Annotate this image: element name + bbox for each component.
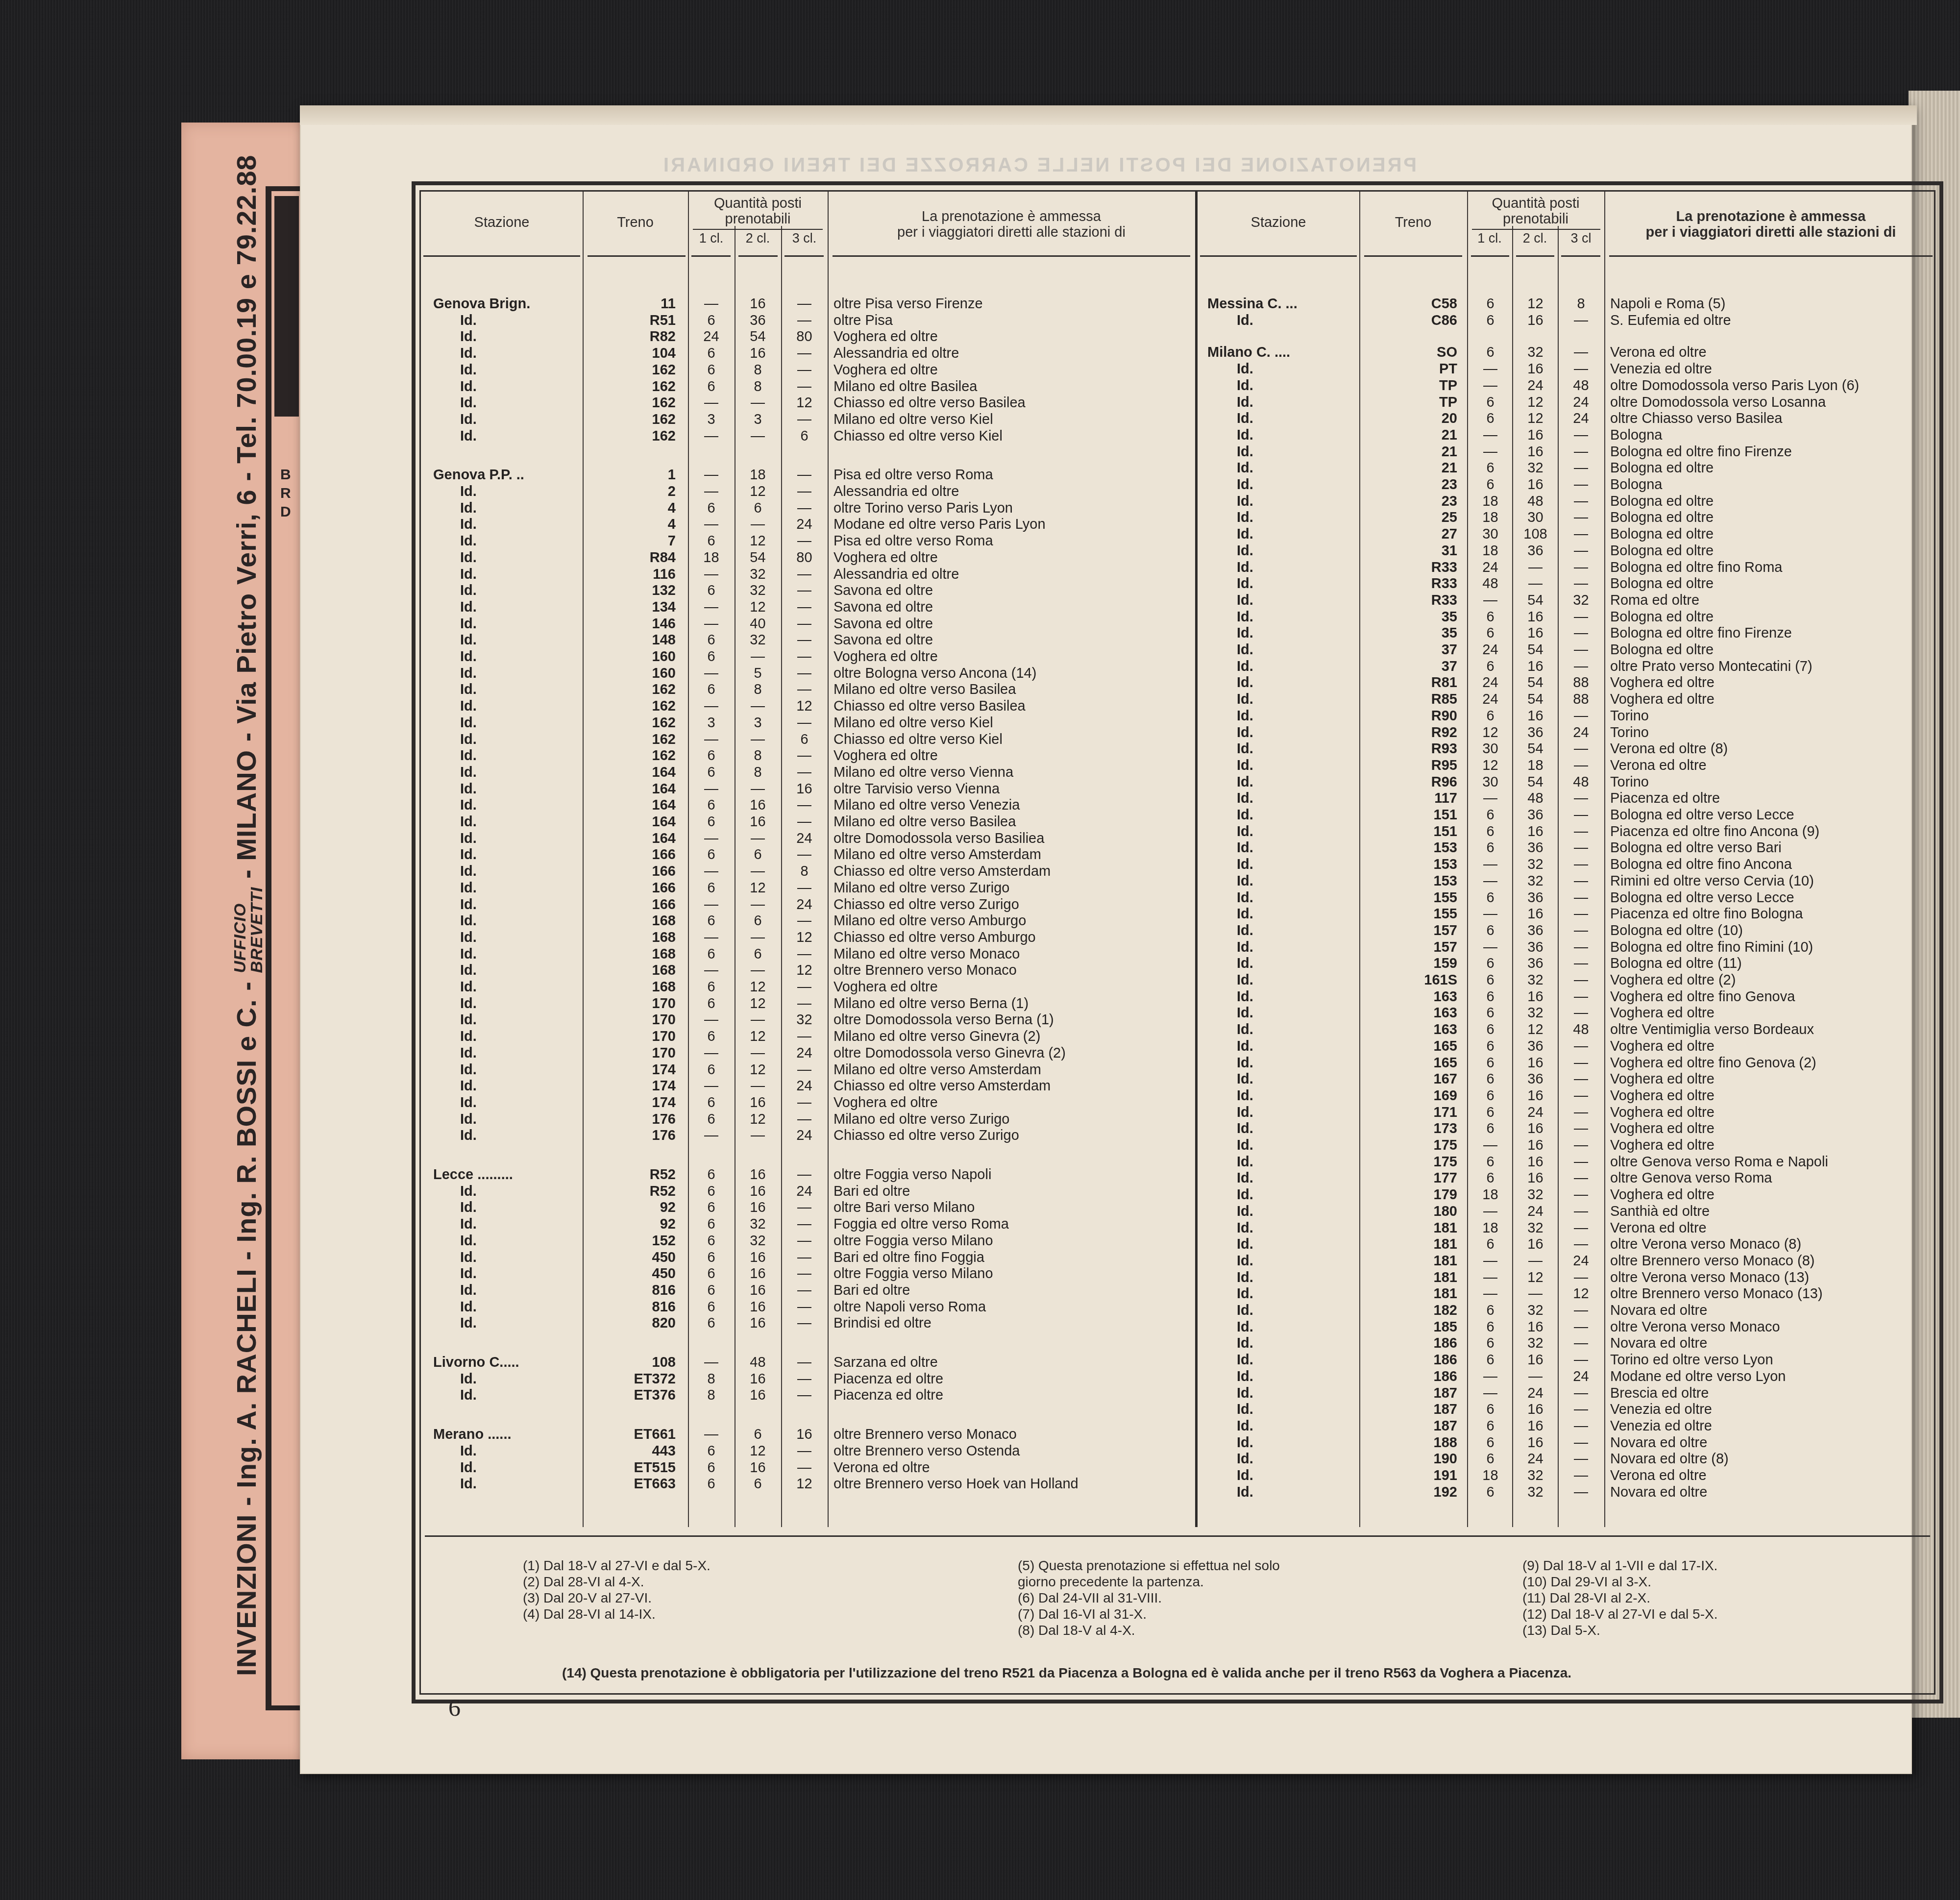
cell-c3: 12	[781, 929, 828, 946]
cell-c2: 12	[735, 1061, 781, 1078]
cell-train: 160	[588, 665, 676, 682]
table-row: Id.146—40—Savona ed oltre	[421, 616, 1195, 632]
table-row: Id.37616—oltre Prato verso Montecatini (…	[1198, 658, 1937, 675]
cell-station: Id.	[1237, 312, 1253, 329]
cell-c3: —	[1558, 609, 1604, 625]
cell-c3: —	[781, 1443, 828, 1459]
cell-dest: Verona ed oltre	[1610, 1467, 1707, 1484]
cell-dest: Milano ed oltre verso Kiel	[833, 715, 993, 731]
cell-c2: 16	[735, 1387, 781, 1404]
cell-train: 146	[588, 616, 676, 632]
table-row: Id.155636—Bologna ed oltre verso Lecce	[1198, 889, 1937, 906]
cell-dest: Piacenza ed oltre	[1610, 790, 1720, 807]
cell-station: Id.	[460, 1078, 477, 1094]
cell-c1: 6	[1467, 658, 1514, 675]
table-row: Id.231848—Bologna ed oltre	[1198, 493, 1937, 510]
cell-c3: —	[781, 1282, 828, 1299]
cell-c3: —	[1558, 642, 1604, 658]
cell-station: Id.	[1237, 1285, 1253, 1302]
cell-train: 21	[1364, 460, 1457, 476]
cell-station: Id.	[1237, 1368, 1253, 1385]
cell-c3: —	[781, 632, 828, 648]
cell-train: 173	[1364, 1120, 1457, 1137]
header-destination: La prenotazione è ammessaper i viaggiato…	[828, 209, 1195, 240]
cell-train: 117	[1364, 790, 1457, 807]
cell-dest: Torino ed oltre verso Lyon	[1610, 1352, 1773, 1368]
cell-c1: —	[1467, 906, 1514, 922]
cell-dest: oltre Foggia verso Milano	[833, 1233, 993, 1249]
cell-station: Id.	[460, 312, 477, 329]
cell-c1: 6	[1467, 625, 1514, 642]
cell-c3: —	[781, 747, 828, 764]
table-row: Id.162——6Chiasso ed oltre verso Kiel	[421, 428, 1195, 444]
cell-dest: oltre Brennero verso Ostenda	[833, 1443, 1020, 1459]
cell-dest: Chiasso ed oltre verso Zurigo	[833, 1127, 1019, 1144]
cell-c2: 30	[1512, 509, 1559, 526]
cell-c3: —	[781, 913, 828, 929]
table-header-right: Stazione Treno Quantità postiprenotabili…	[1198, 192, 1937, 260]
cell-c1: 6	[688, 500, 735, 517]
table-row: Id.450616—Bari ed oltre fino Foggia	[421, 1249, 1195, 1266]
table-row: Id.16268—Milano ed oltre Basilea	[421, 378, 1195, 395]
cell-dest: Voghera ed oltre	[1610, 1186, 1715, 1203]
cell-train: 190	[1364, 1451, 1457, 1467]
cell-c3: 24	[781, 516, 828, 533]
cell-station: Id.	[1237, 674, 1253, 691]
cell-dest: oltre Genova verso Roma	[1610, 1170, 1772, 1186]
cell-c2: 16	[1512, 476, 1559, 493]
footnote-line: (10) Dal 29-VI al 3-X.	[1522, 1574, 1717, 1590]
cell-station: Id.	[460, 1045, 477, 1061]
cell-train: 186	[1364, 1335, 1457, 1352]
cell-station: Id.	[460, 395, 477, 411]
table-row: Id.820616—Brindisi ed oltre	[421, 1315, 1195, 1332]
cell-train: 181	[1364, 1220, 1457, 1236]
table-row: Id.148632—Savona ed oltre	[421, 632, 1195, 648]
cell-train: R82	[588, 328, 676, 345]
cell-c1: —	[688, 1012, 735, 1028]
cell-c1: —	[1467, 856, 1514, 873]
table-row: Id.2061224oltre Chiasso verso Basilea	[1198, 410, 1937, 427]
cell-c3: 48	[1558, 377, 1604, 394]
cell-c3: —	[1558, 344, 1604, 361]
cell-c3: —	[781, 1061, 828, 1078]
table-row: Id.16361248oltre Ventimiglia verso Borde…	[1198, 1021, 1937, 1038]
cell-c2: 12	[735, 1443, 781, 1459]
table-row: Id.1791832—Voghera ed oltre	[1198, 1186, 1937, 1203]
cell-c1: 6	[688, 681, 735, 698]
cell-train: 450	[588, 1249, 676, 1266]
cell-train: R95	[1364, 757, 1457, 774]
cell-c3: —	[1558, 476, 1604, 493]
cell-c2: 54	[735, 549, 781, 566]
cell-station: Id.	[1237, 642, 1253, 658]
cell-train: 160	[588, 648, 676, 665]
table-header: Stazione Treno Quantità postiprenotabili…	[421, 192, 1195, 260]
cell-c2: 16	[1512, 444, 1559, 460]
cell-train: 187	[1364, 1418, 1457, 1434]
cell-dest: Bologna ed oltre verso Lecce	[1610, 889, 1794, 906]
footnote-line: (13) Dal 5-X.	[1522, 1622, 1717, 1638]
cell-c2: 36	[1512, 543, 1559, 559]
cell-station: Id.	[1237, 1154, 1253, 1170]
cell-dest: Chiasso ed oltre verso Amburgo	[833, 929, 1036, 946]
cell-dest: Voghera ed oltre	[1610, 674, 1715, 691]
cell-station: Id.	[1237, 1484, 1253, 1501]
cell-train: 188	[1364, 1434, 1457, 1451]
cell-c3: —	[781, 715, 828, 731]
cell-c3: —	[781, 566, 828, 583]
cell-c3: 24	[1558, 724, 1604, 741]
cell-c1: 12	[1467, 757, 1514, 774]
cell-dest: Bologna ed oltre fino Firenze	[1610, 444, 1792, 460]
cell-c1: 6	[1467, 922, 1514, 939]
cell-c3: 6	[781, 428, 828, 444]
cell-c1: 30	[1467, 774, 1514, 790]
cell-c3: —	[1558, 1302, 1604, 1319]
cell-c3: —	[1558, 955, 1604, 972]
cell-dest: Bologna	[1610, 476, 1662, 493]
cell-c2: 12	[735, 483, 781, 500]
table-row: Id.816616—oltre Napoli verso Roma	[421, 1299, 1195, 1315]
cell-train: 192	[1364, 1484, 1457, 1501]
cover-logo-block	[274, 196, 299, 417]
cell-station: Id.	[460, 846, 477, 863]
footnote-14: (14) Questa prenotazione è obbligatoria …	[562, 1665, 1571, 1681]
cell-c3: 12	[781, 1476, 828, 1492]
table-row: Lecce .........R52616—oltre Foggia verso…	[421, 1166, 1195, 1183]
cell-c3: —	[1558, 790, 1604, 807]
cell-c3: —	[1558, 1055, 1604, 1071]
cell-c1: 24	[1467, 642, 1514, 658]
cell-c3: —	[781, 312, 828, 329]
table-row: Id.251830—Bologna ed oltre	[1198, 509, 1937, 526]
cell-c3: 24	[1558, 394, 1604, 411]
cell-dest: Voghera ed oltre	[1610, 1087, 1715, 1104]
cell-station: Id.	[460, 632, 477, 648]
cell-c2: 16	[1512, 1352, 1559, 1368]
cell-c3: 32	[1558, 592, 1604, 609]
cell-c3: —	[781, 797, 828, 814]
table-row: Id.161S632—Voghera ed oltre (2)	[1198, 972, 1937, 988]
cell-c3: —	[1558, 427, 1604, 444]
cell-c1: —	[688, 929, 735, 946]
cell-dest: Novara ed oltre	[1610, 1484, 1707, 1501]
cell-c1: 18	[1467, 1186, 1514, 1203]
cell-c3: —	[1558, 543, 1604, 559]
cell-c1: —	[688, 467, 735, 483]
cell-station: Id.	[1237, 856, 1253, 873]
cell-c2: 16	[735, 797, 781, 814]
cell-c2: 32	[1512, 873, 1559, 889]
table-row: Id.92616—oltre Bari verso Milano	[421, 1199, 1195, 1216]
cell-station: Id.	[460, 1282, 477, 1299]
cell-dest: Sarzana ed oltre	[833, 1354, 938, 1371]
cell-c2: —	[1512, 1368, 1559, 1385]
cell-station: Id.	[1237, 708, 1253, 724]
cell-c2: —	[1512, 559, 1559, 576]
cell-station: Id.	[1237, 889, 1253, 906]
footnotes: (1) Dal 18-V al 27-VI e dal 5-X.(2) Dal …	[425, 1535, 1930, 1699]
table-row: Id.ET372816—Piacenza ed oltre	[421, 1371, 1195, 1387]
cell-dest: Bologna ed oltre	[1610, 493, 1714, 510]
cell-train: 177	[1364, 1170, 1457, 1186]
cell-c2: 16	[735, 1315, 781, 1332]
cell-train: 4	[588, 516, 676, 533]
cell-train: R33	[1364, 575, 1457, 592]
cell-station: Id.	[1237, 1418, 1253, 1434]
cell-c1: 24	[1467, 691, 1514, 708]
cell-c2: 16	[1512, 1401, 1559, 1418]
cell-c1: 30	[1467, 740, 1514, 757]
cell-c1: 6	[688, 1061, 735, 1078]
footnotes-col2: (5) Questa prenotazione si effettua nel …	[1018, 1557, 1280, 1638]
cell-c1: 6	[688, 1028, 735, 1045]
page-number: 6	[448, 1693, 461, 1722]
cell-train: 153	[1364, 873, 1457, 889]
cell-train: 92	[588, 1216, 676, 1233]
cell-dest: oltre Bologna verso Ancona (14)	[833, 665, 1036, 682]
cell-dest: S. Eufemia ed oltre	[1610, 312, 1731, 329]
table-row: Id.21—16—Bologna	[1198, 427, 1937, 444]
cell-c1: 6	[688, 1299, 735, 1315]
cell-c2: 54	[735, 328, 781, 345]
cell-train: 166	[588, 880, 676, 896]
cell-c1: —	[1467, 361, 1514, 377]
cell-station: Id.	[460, 913, 477, 929]
cell-dest: Venezia ed oltre	[1610, 1418, 1712, 1434]
cell-c3: 88	[1558, 691, 1604, 708]
cell-c1: 6	[1467, 1005, 1514, 1021]
header-class2: 2 cl.	[735, 231, 781, 246]
cell-c2: 16	[1512, 609, 1559, 625]
cell-station: Id.	[460, 516, 477, 533]
cell-c3: —	[1558, 575, 1604, 592]
cell-c2: 16	[1512, 658, 1559, 675]
office-label: UFFICIOBREVETTI	[232, 887, 265, 973]
cell-c1: 6	[1467, 1021, 1514, 1038]
cell-c1: 6	[1467, 1352, 1514, 1368]
cell-dest: oltre Napoli verso Roma	[833, 1299, 986, 1315]
cell-dest: Bologna ed oltre (10)	[1610, 922, 1743, 939]
cell-c1: 6	[1467, 1236, 1514, 1253]
cell-station: Id.	[460, 781, 477, 797]
cell-dest: oltre Foggia verso Napoli	[833, 1166, 991, 1183]
cell-dest: Foggia ed oltre verso Roma	[833, 1216, 1009, 1233]
cell-dest: Bologna	[1610, 427, 1662, 444]
cell-dest: Rimini ed oltre verso Cervia (10)	[1610, 873, 1814, 889]
cell-c1: 6	[688, 1183, 735, 1200]
cell-c3: —	[781, 1111, 828, 1128]
cell-c3: —	[1558, 1335, 1604, 1352]
cell-c3: —	[781, 665, 828, 682]
cell-c1: 12	[1467, 724, 1514, 741]
cell-c1: 6	[1467, 839, 1514, 856]
cell-dest: Novara ed oltre	[1610, 1302, 1707, 1319]
table-row: Id.R51636—oltre Pisa	[421, 312, 1195, 329]
table-row: Id.21632—Bologna ed oltre	[1198, 460, 1937, 476]
cell-train: 187	[1364, 1385, 1457, 1402]
cell-station: Id.	[1237, 1120, 1253, 1137]
cell-station: Id.	[1237, 394, 1253, 411]
cell-c3: 24	[781, 1045, 828, 1061]
table-row: Id.170——32oltre Domodossola verso Berna …	[421, 1012, 1195, 1028]
table-row: Id.151636—Bologna ed oltre verso Lecce	[1198, 807, 1937, 823]
cell-dest: Milano ed oltre verso Amsterdam	[833, 1061, 1041, 1078]
cell-c3: —	[1558, 493, 1604, 510]
cell-train: 162	[588, 681, 676, 698]
cell-dest: Verona ed oltre	[1610, 344, 1707, 361]
cell-train: 161S	[1364, 972, 1457, 988]
cell-c2: 32	[1512, 1186, 1559, 1203]
cell-c2: 16	[735, 1166, 781, 1183]
cell-c2: 36	[1512, 807, 1559, 823]
cell-station: Id.	[1237, 460, 1253, 476]
cell-c2: 16	[735, 1249, 781, 1266]
cell-dest: Napoli e Roma (5)	[1610, 296, 1725, 312]
cell-train: 443	[588, 1443, 676, 1459]
cell-c2: 32	[735, 1216, 781, 1233]
header-station: Stazione	[421, 192, 583, 253]
cell-c1: 6	[1467, 609, 1514, 625]
cell-c3: —	[1558, 823, 1604, 840]
cell-station: Id.	[460, 1315, 477, 1332]
cell-station: Id.	[460, 1111, 477, 1128]
cell-dest: Piacenza ed oltre fino Ancona (9)	[1610, 823, 1819, 840]
cell-dest: Chiasso ed oltre verso Amsterdam	[833, 863, 1051, 880]
cell-dest: Voghera ed oltre fino Genova (2)	[1610, 1055, 1816, 1071]
cell-c2: 54	[1512, 740, 1559, 757]
cell-train: 162	[588, 747, 676, 764]
cover-letters: B R D	[280, 466, 291, 521]
cell-station: Id.	[460, 929, 477, 946]
cell-c3: —	[1558, 988, 1604, 1005]
cell-c2: —	[735, 781, 781, 797]
cell-c2: —	[735, 1127, 781, 1144]
cell-station: Id.	[460, 995, 477, 1012]
cell-station: Id.	[460, 1127, 477, 1144]
cell-c2: 16	[1512, 1055, 1559, 1071]
cell-c3: —	[1558, 1401, 1604, 1418]
cell-c1: —	[1467, 427, 1514, 444]
table-row: Id.186616—Torino ed oltre verso Lyon	[1198, 1352, 1937, 1368]
cell-c1: 18	[1467, 509, 1514, 526]
cell-dest: Bologna ed oltre	[1610, 609, 1714, 625]
cell-c1: 6	[688, 312, 735, 329]
cell-train: 175	[1364, 1154, 1457, 1170]
cell-station: Id.	[1237, 1401, 1253, 1418]
cell-station: Id.	[1237, 691, 1253, 708]
cell-c2: 16	[735, 1094, 781, 1111]
cell-c1: 6	[688, 764, 735, 781]
cell-c2: 108	[1512, 526, 1559, 543]
table-row: Id.152632—oltre Foggia verso Milano	[421, 1233, 1195, 1249]
footnote-line: (4) Dal 28-VI al 14-IX.	[523, 1606, 710, 1622]
table-row: Id.162——6Chiasso ed oltre verso Kiel	[421, 731, 1195, 748]
cell-c1: 6	[688, 1094, 735, 1111]
cell-dest: Venezia ed oltre	[1610, 361, 1712, 377]
cell-dest: Voghera ed oltre	[1610, 1038, 1715, 1055]
table-row: Id.23616—Bologna	[1198, 476, 1937, 493]
cell-c3: —	[1558, 1484, 1604, 1501]
cell-c1: 6	[688, 946, 735, 962]
footnote-line: (11) Dal 28-VI al 2-X.	[1522, 1590, 1717, 1606]
table-row: Id.R951218—Verona ed oltre	[1198, 757, 1937, 774]
table-row: Id.16866—Milano ed oltre verso Amburgo	[421, 913, 1195, 929]
cell-c1: 6	[1467, 476, 1514, 493]
cell-c1: 6	[1467, 955, 1514, 972]
cell-c1: 6	[1467, 394, 1514, 411]
cell-c3: —	[781, 1249, 828, 1266]
cell-dest: oltre Brennero verso Monaco (8)	[1610, 1253, 1814, 1269]
table-row: Id.R85245488Voghera ed oltre	[1198, 691, 1937, 708]
cell-train: C58	[1364, 296, 1457, 312]
cell-c1: 6	[688, 1265, 735, 1282]
table-row: Id.ET6636612oltre Brennero verso Hoek va…	[421, 1476, 1195, 1492]
cell-station: Id.	[460, 1183, 477, 1200]
footnote-line: (3) Dal 20-V al 27-VI.	[523, 1590, 710, 1606]
cell-c3: —	[781, 1199, 828, 1216]
cell-station: Id.	[1237, 1319, 1253, 1335]
cell-c1: 6	[1467, 1319, 1514, 1335]
cell-c3: —	[1558, 1203, 1604, 1220]
cell-dest: Voghera ed oltre	[1610, 1137, 1715, 1154]
cell-train: 23	[1364, 493, 1457, 510]
cell-station: Id.	[1237, 1352, 1253, 1368]
cell-dest: Bari ed oltre	[833, 1282, 910, 1299]
cell-dest: Bari ed oltre	[833, 1183, 910, 1200]
cell-train: 104	[588, 345, 676, 362]
cell-station: Id.	[460, 880, 477, 896]
cell-dest: Torino	[1610, 708, 1649, 724]
cell-station: Id.	[1237, 559, 1253, 576]
cell-c1: —	[688, 896, 735, 913]
cell-train: 181	[1364, 1269, 1457, 1286]
footnote-line: (9) Dal 18-V al 1-VII e dal 17-IX.	[1522, 1557, 1717, 1574]
cell-dest: Alessandria ed oltre	[833, 483, 959, 500]
cell-station: Id.	[460, 1249, 477, 1266]
cell-c2: 24	[1512, 1104, 1559, 1121]
cell-c1: 6	[1467, 1451, 1514, 1467]
cell-station: Id.	[1237, 1038, 1253, 1055]
cell-c2: —	[1512, 1285, 1559, 1302]
cell-c1: 6	[688, 1249, 735, 1266]
cell-train: 168	[588, 946, 676, 962]
cell-dest: Brescia ed oltre	[1610, 1385, 1709, 1402]
table-row: Id.16666—Milano ed oltre verso Amsterdam	[421, 846, 1195, 863]
cell-train: 174	[588, 1094, 676, 1111]
cell-train: 134	[588, 599, 676, 616]
cell-c3: —	[1558, 559, 1604, 576]
cell-c1: 18	[1467, 543, 1514, 559]
cell-c2: 12	[735, 533, 781, 549]
cell-dest: Bologna ed oltre	[1610, 543, 1714, 559]
cell-c1: —	[688, 781, 735, 797]
cell-train: 174	[588, 1061, 676, 1078]
cell-station: Id.	[460, 1265, 477, 1282]
footnote-line: (1) Dal 18-V al 27-VI e dal 5-X.	[523, 1557, 710, 1574]
table-row: Id.372454—Bologna ed oltre	[1198, 642, 1937, 658]
cell-c1: 6	[1467, 708, 1514, 724]
table-row: Id.176——24Chiasso ed oltre verso Zurigo	[421, 1127, 1195, 1144]
cell-train: 191	[1364, 1467, 1457, 1484]
cell-station: Id.	[1237, 361, 1253, 377]
cell-dest: Bologna ed oltre verso Bari	[1610, 839, 1782, 856]
cell-train: 27	[1364, 526, 1457, 543]
cell-c2: 32	[1512, 1335, 1559, 1352]
cell-c1: 6	[688, 1476, 735, 1492]
cell-train: R96	[1364, 774, 1457, 790]
